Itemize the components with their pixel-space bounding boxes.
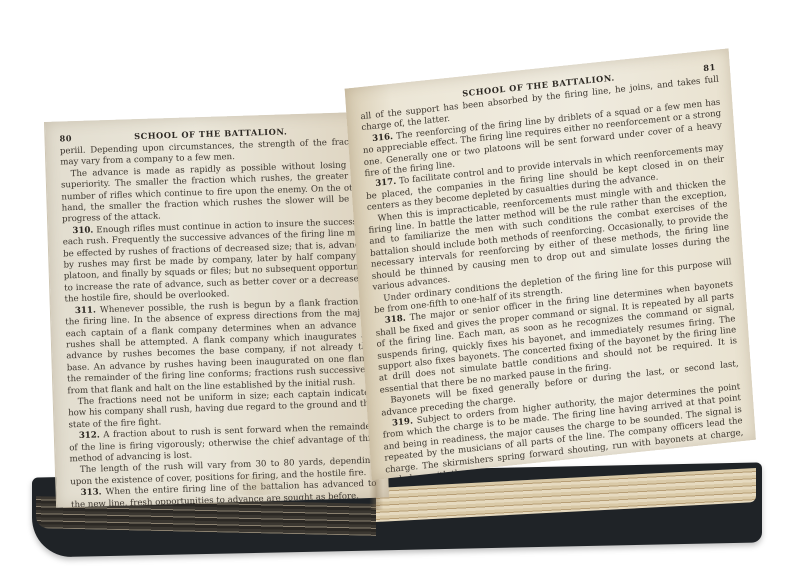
- section-number: 313.: [81, 488, 102, 499]
- left-page: 80 SCHOOL OF THE BATTALION. periil. Depe…: [44, 112, 389, 508]
- paragraph-text: Whenever possible, the rush is begun by …: [65, 297, 373, 396]
- book-photo: 80 SCHOOL OF THE BATTALION. periil. Depe…: [0, 0, 800, 582]
- section-number: 310.: [72, 225, 93, 236]
- section-number: 317.: [375, 177, 397, 189]
- paragraph-text: The advance is made as rapidly as possib…: [61, 160, 368, 225]
- paragraph: 311. Whenever possible, the rush is begu…: [65, 297, 374, 398]
- left-page-body: periil. Depending upon circumstances, th…: [60, 137, 379, 508]
- section-number: 319.: [392, 416, 414, 428]
- page-number: 81: [703, 62, 716, 73]
- page-number: 80: [59, 133, 72, 143]
- right-page: SCHOOL OF THE BATTALION. 81 all of the s…: [345, 48, 756, 480]
- paragraph-text: Enough rifles must continue in action to…: [63, 217, 371, 305]
- right-page-body: all of the support has been absorbed by …: [360, 75, 747, 480]
- section-number: 312.: [79, 431, 100, 442]
- section-number: 316.: [372, 132, 394, 144]
- paragraph: The advance is made as rapidly as possib…: [60, 160, 368, 227]
- paragraph: 310. Enough rifles must continue in acti…: [62, 217, 370, 306]
- section-number: 311.: [75, 305, 96, 316]
- paragraph-lead: periil.: [60, 146, 86, 157]
- section-number: 318.: [385, 314, 407, 326]
